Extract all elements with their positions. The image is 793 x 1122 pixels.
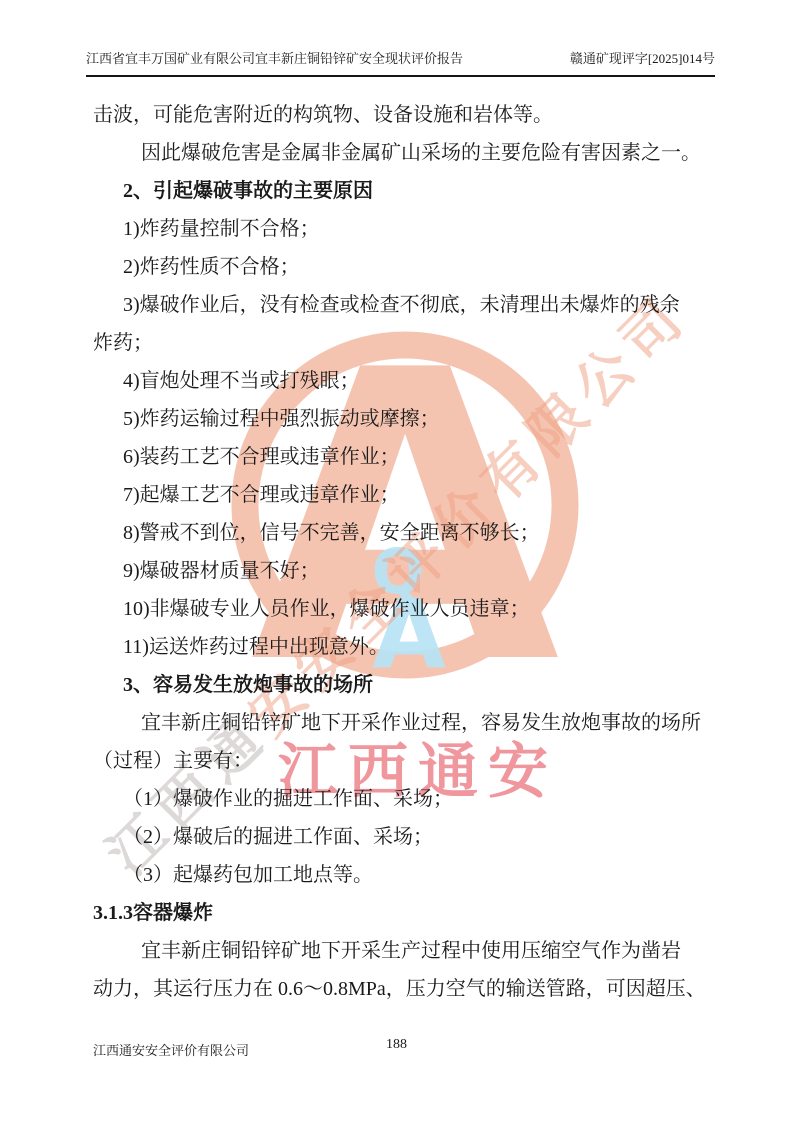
- body-line: 6)装药工艺不合理或违章作业；: [93, 438, 715, 476]
- body-line: 动力，其运行压力在 0.6～0.8MPa，压力空气的输送管路，可因超压、: [93, 970, 715, 1008]
- body-line: 8)警戒不到位，信号不完善，安全距离不够长；: [93, 514, 715, 552]
- body-line: 7)起爆工艺不合理或违章作业；: [93, 476, 715, 514]
- body-line: （3）起爆药包加工地点等。: [93, 856, 715, 894]
- body-line: 1)炸药量控制不合格；: [93, 210, 715, 248]
- body-line: 3)爆破作业后，没有检查或检查不彻底，未清理出未爆炸的残余: [93, 286, 715, 324]
- body-line: 3.1.3容器爆炸: [93, 894, 715, 932]
- body-line: 因此爆破危害是金属非金属矿山采场的主要危险有害因素之一。: [93, 134, 715, 172]
- body-line: 2)炸药性质不合格；: [93, 248, 715, 286]
- body-line: 5)炸药运输过程中强烈振动或摩擦；: [93, 400, 715, 438]
- body-line: 2、引起爆破事故的主要原因: [93, 172, 715, 210]
- body-line: （2）爆破后的掘进工作面、采场；: [93, 818, 715, 856]
- body-line: 9)爆破器材质量不好；: [93, 552, 715, 590]
- document-page: A Q A 江西通安安全评价有限公司 江西通安 江西省宜丰万国矿业有限公司宜丰新…: [0, 0, 793, 1122]
- header-document-code: 赣通矿现评字[2025]014号: [570, 50, 715, 68]
- header-report-title: 江西省宜丰万国矿业有限公司宜丰新庄铜铅锌矿安全现状评价报告: [86, 50, 463, 68]
- body-line: 10)非爆破专业人员作业，爆破作业人员违章；: [93, 590, 715, 628]
- page-header: 江西省宜丰万国矿业有限公司宜丰新庄铜铅锌矿安全现状评价报告 赣通矿现评字[202…: [86, 50, 715, 77]
- body-line: 11)运送炸药过程中出现意外。: [93, 628, 715, 666]
- body-line: 3、容易发生放炮事故的场所: [93, 666, 715, 704]
- body-line: 4)盲炮处理不当或打残眼；: [93, 362, 715, 400]
- body-line: 炸药；: [93, 324, 715, 362]
- body-line: 宜丰新庄铜铅锌矿地下开采作业过程，容易发生放炮事故的场所: [93, 704, 715, 742]
- body-line: 击波，可能危害附近的构筑物、设备设施和岩体等。: [93, 96, 715, 134]
- body-line: （1）爆破作业的掘进工作面、采场；: [93, 780, 715, 818]
- document-body: 击波，可能危害附近的构筑物、设备设施和岩体等。因此爆破危害是金属非金属矿山采场的…: [93, 96, 715, 1008]
- body-line: （过程）主要有：: [93, 742, 715, 780]
- body-line: 宜丰新庄铜铅锌矿地下开采生产过程中使用压缩空气作为凿岩: [93, 932, 715, 970]
- footer-page-number: 188: [0, 1037, 793, 1053]
